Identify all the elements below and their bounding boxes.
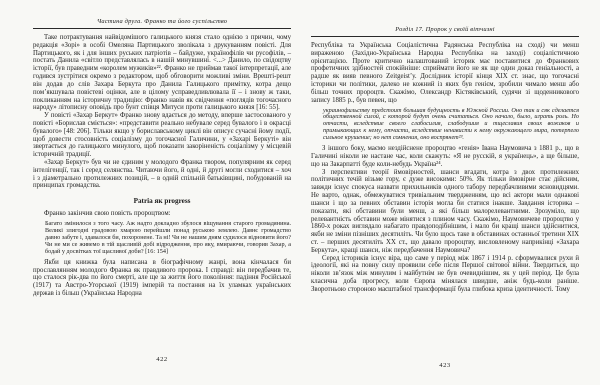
paragraph: «Захар Беркут» був чи не єдиним у молодо… xyxy=(33,159,291,190)
page-number-left: 422 xyxy=(33,356,291,363)
page-right: Розділ 17. Пророк у своїй вітчизні Респу… xyxy=(311,26,579,294)
paragraph: З іншого боку, маємо нездійснене пророцт… xyxy=(311,145,579,168)
paragraph: З перспективи теорії ймовірностей, шанси… xyxy=(311,169,579,255)
blockquote: украинофильству предстоит большая будущн… xyxy=(323,108,579,143)
paragraph: Франко закінчив свою повість пророцтвом: xyxy=(33,210,291,218)
section-heading: Patria як progress xyxy=(33,197,291,205)
paragraph: Якби ця книжка була написана в біографіч… xyxy=(33,259,291,298)
blockquote: Багато змінилося з того часу. Аж надто д… xyxy=(45,221,291,256)
book-spread: Частина друга. Франко та його суспільств… xyxy=(0,0,600,385)
page-left-body: Таке потрактування найвідомішого галицьк… xyxy=(33,34,291,298)
paragraph: Таке потрактування найвідомішого галицьк… xyxy=(33,34,291,112)
running-head-left: Частина друга. Франко та його суспільств… xyxy=(33,18,291,29)
page-left: Частина друга. Франко та його суспільств… xyxy=(33,18,291,298)
paragraph: У повісті «Захар Беркут» Франко знову вд… xyxy=(33,112,291,159)
page-right-body: Республіка та Українська Соціалістична Р… xyxy=(311,42,579,294)
running-head-right: Розділ 17. Пророк у своїй вітчизні xyxy=(311,26,579,37)
paragraph: Республіка та Українська Соціалістична Р… xyxy=(311,42,579,105)
paragraph: Серед істориків існує віра, що саме у пе… xyxy=(311,255,579,294)
page-number-right: 423 xyxy=(311,362,579,369)
